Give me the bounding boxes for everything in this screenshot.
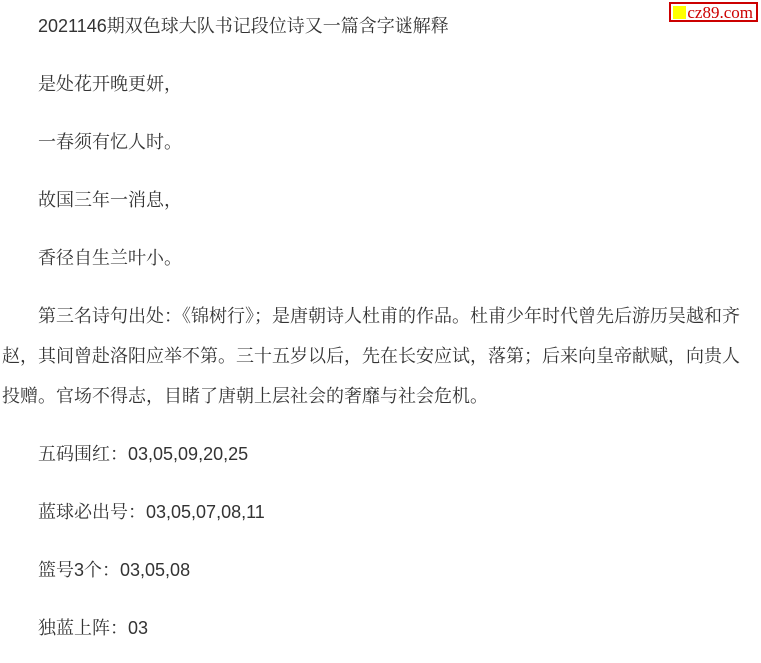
poem-line-1: 是处花开晚更妍， — [2, 64, 755, 104]
prediction-red-five: 五码围红：03,05,09,20,25 — [2, 434, 755, 474]
prediction-blue-single: 独蓝上阵：03 — [2, 608, 755, 648]
poem-line-3: 故国三年一消息， — [2, 180, 755, 220]
analysis-paragraph: 第三名诗句出处：《锦树行》；是唐朝诗人杜甫的作品。杜甫少年时代曾先后游历吴越和齐… — [2, 296, 755, 416]
poem-line-4: 香径自生兰叶小。 — [2, 238, 755, 278]
prediction-blue-three: 篮号3个：03,05,08 — [2, 550, 755, 590]
article-title: 2021146期双色球大队书记段位诗又一篇含字谜解释 — [2, 6, 755, 46]
prediction-blue-must: 蓝球必出号：03,05,07,08,11 — [2, 492, 755, 532]
logo-site-name: cz89.com — [687, 4, 753, 21]
logo-yellow-square-icon — [673, 6, 686, 19]
site-logo[interactable]: cz89.com — [669, 2, 758, 22]
poem-line-2: 一春须有忆人时。 — [2, 122, 755, 162]
article-page: 2021146期双色球大队书记段位诗又一篇含字谜解释 是处花开晚更妍， 一春须有… — [0, 6, 757, 648]
